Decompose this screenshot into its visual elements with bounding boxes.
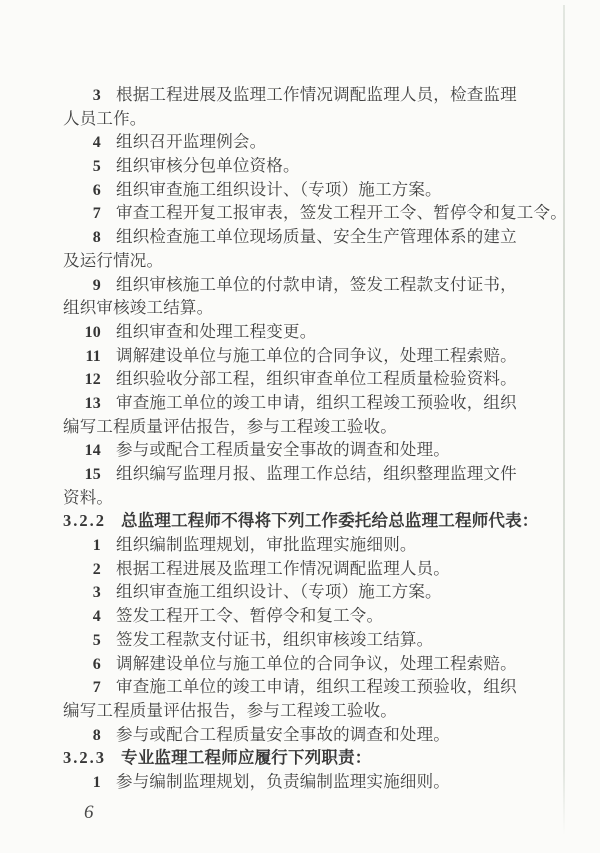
numbered-item-line: 8参与或配合工程质量安全事故的调查和处理。 (63, 723, 563, 747)
document-page: 3根据工程进展及监理工作情况调配监理人员，检查监理人员工作。4组织召开监理例会。… (0, 0, 600, 853)
numbered-item-line: 10组织审查和处理工程变更。 (63, 320, 563, 344)
numbered-item-line: 3组织审查施工组织设计、（专项）施工方案。 (63, 580, 563, 604)
line-text: 调解建设单位与施工单位的合同争议，处理工程索赔。 (116, 654, 517, 673)
item-number: 7 (80, 202, 101, 226)
line-text: 参与编制监理规划，负责编制监理实施细则。 (116, 772, 450, 791)
numbered-item-line: 4签发工程开工令、暂停令和复工令。 (63, 604, 563, 628)
line-text: 签发工程开工令、暂停令和复工令。 (116, 606, 383, 625)
line-text: 组织编制监理规划，审批监理实施细则。 (116, 535, 417, 554)
item-number: 6 (80, 179, 101, 203)
numbered-item-line: 8组织检查施工单位现场质量、安全生产管理体系的建立 (63, 225, 563, 249)
item-number: 1 (80, 534, 101, 558)
line-text: 根据工程进展及监理工作情况调配监理人员。 (116, 559, 450, 578)
item-number: 12 (80, 368, 101, 392)
line-text: 编写工程质量评估报告，参与工程竣工验收。 (63, 417, 397, 436)
item-number: 6 (80, 653, 101, 677)
numbered-item-line: 7审查施工单位的竣工申请，组织工程竣工预验收，组织 (63, 675, 563, 699)
line-text: 组织审核施工单位的付款申请，签发工程款支付证书， (116, 275, 517, 294)
numbered-item-line: 5签发工程款支付证书，组织审核竣工结算。 (63, 628, 563, 652)
line-text: 参与或配合工程质量安全事故的调查和处理。 (116, 440, 450, 459)
item-number: 2 (80, 558, 101, 582)
item-number: 13 (80, 392, 101, 416)
numbered-item-line: 6组织审查施工组织设计、（专项）施工方案。 (63, 178, 563, 202)
line-text: 参与或配合工程质量安全事故的调查和处理。 (116, 725, 450, 744)
section-number: 3.2.3 (63, 746, 106, 770)
numbered-item-line: 7审查工程开复工报审表，签发工程开工令、暂停令和复工令。 (63, 201, 563, 225)
line-text: 组织检查施工单位现场质量、安全生产管理体系的建立 (116, 227, 517, 246)
item-number: 14 (80, 439, 101, 463)
item-number: 5 (80, 155, 101, 179)
line-text: 审查施工单位的竣工申请，组织工程竣工预验收，组织 (116, 393, 517, 412)
line-text: 审查工程开复工报审表，签发工程开工令、暂停令和复工令。 (116, 203, 567, 222)
section-heading-line: 3.2.3专业监理工程师应履行下列职责： (63, 746, 563, 770)
numbered-item-line: 9组织审核施工单位的付款申请，签发工程款支付证书， (63, 273, 563, 297)
numbered-item-line: 12组织验收分部工程，组织审查单位工程质量检验资料。 (63, 367, 563, 391)
numbered-item-line: 3根据工程进展及监理工作情况调配监理人员，检查监理 (63, 83, 563, 107)
line-text: 专业监理工程师应履行下列职责： (121, 748, 372, 767)
numbered-item-line: 15组织编写监理月报、监理工作总结，组织整理监理文件 (63, 462, 563, 486)
numbered-item-line: 11调解建设单位与施工单位的合同争议，处理工程索赔。 (63, 344, 563, 368)
item-number: 10 (80, 321, 101, 345)
scan-artifact-line (563, 5, 565, 835)
line-text: 人员工作。 (63, 109, 147, 128)
item-number: 3 (80, 581, 101, 605)
line-text: 审查施工单位的竣工申请，组织工程竣工预验收，组织 (116, 677, 517, 696)
line-text: 及运行情况。 (63, 251, 163, 270)
document-body: 3根据工程进展及监理工作情况调配监理人员，检查监理人员工作。4组织召开监理例会。… (63, 83, 563, 794)
item-number: 11 (80, 345, 101, 369)
numbered-item-line: 5组织审核分包单位资格。 (63, 154, 563, 178)
line-text: 组织审查施工组织设计、（专项）施工方案。 (116, 180, 442, 199)
item-number: 7 (80, 676, 101, 700)
line-text: 组织审核分包单位资格。 (116, 156, 300, 175)
item-number: 4 (80, 605, 101, 629)
numbered-item-line: 6调解建设单位与施工单位的合同争议，处理工程索赔。 (63, 652, 563, 676)
item-number: 8 (80, 724, 101, 748)
numbered-item-line: 13审查施工单位的竣工申请，组织工程竣工预验收，组织 (63, 391, 563, 415)
numbered-item-line: 2根据工程进展及监理工作情况调配监理人员。 (63, 557, 563, 581)
continuation-line: 资料。 (63, 486, 563, 510)
item-number: 15 (80, 463, 101, 487)
item-number: 5 (80, 629, 101, 653)
continuation-line: 编写工程质量评估报告，参与工程竣工验收。 (63, 415, 563, 439)
line-text: 签发工程款支付证书，组织审核竣工结算。 (116, 630, 433, 649)
item-number: 1 (80, 771, 101, 795)
continuation-line: 组织审核竣工结算。 (63, 296, 563, 320)
numbered-item-line: 14参与或配合工程质量安全事故的调查和处理。 (63, 438, 563, 462)
line-text: 编写工程质量评估报告，参与工程竣工验收。 (63, 701, 397, 720)
numbered-item-line: 1参与编制监理规划，负责编制监理实施细则。 (63, 770, 563, 794)
section-number: 3.2.2 (63, 509, 106, 533)
line-text: 资料。 (63, 488, 113, 507)
line-text: 组织编写监理月报、监理工作总结，组织整理监理文件 (116, 464, 517, 483)
continuation-line: 编写工程质量评估报告，参与工程竣工验收。 (63, 699, 563, 723)
line-text: 根据工程进展及监理工作情况调配监理人员，检查监理 (116, 85, 517, 104)
item-number: 3 (80, 84, 101, 108)
line-text: 组织审查施工组织设计、（专项）施工方案。 (116, 582, 442, 601)
continuation-line: 及运行情况。 (63, 249, 563, 273)
line-text: 调解建设单位与施工单位的合同争议，处理工程索赔。 (116, 346, 517, 365)
line-text: 组织审查和处理工程变更。 (116, 322, 316, 341)
continuation-line: 人员工作。 (63, 107, 563, 131)
numbered-item-line: 4组织召开监理例会。 (63, 130, 563, 154)
section-heading-line: 3.2.2总监理工程师不得将下列工作委托给总监理工程师代表： (63, 509, 563, 533)
item-number: 8 (80, 226, 101, 250)
line-text: 总监理工程师不得将下列工作委托给总监理工程师代表： (121, 511, 539, 530)
line-text: 组织召开监理例会。 (116, 132, 266, 151)
item-number: 4 (80, 131, 101, 155)
page-number: 6 (84, 802, 94, 824)
line-text: 组织验收分部工程，组织审查单位工程质量检验资料。 (116, 369, 517, 388)
item-number: 9 (80, 274, 101, 298)
numbered-item-line: 1组织编制监理规划，审批监理实施细则。 (63, 533, 563, 557)
line-text: 组织审核竣工结算。 (63, 298, 213, 317)
